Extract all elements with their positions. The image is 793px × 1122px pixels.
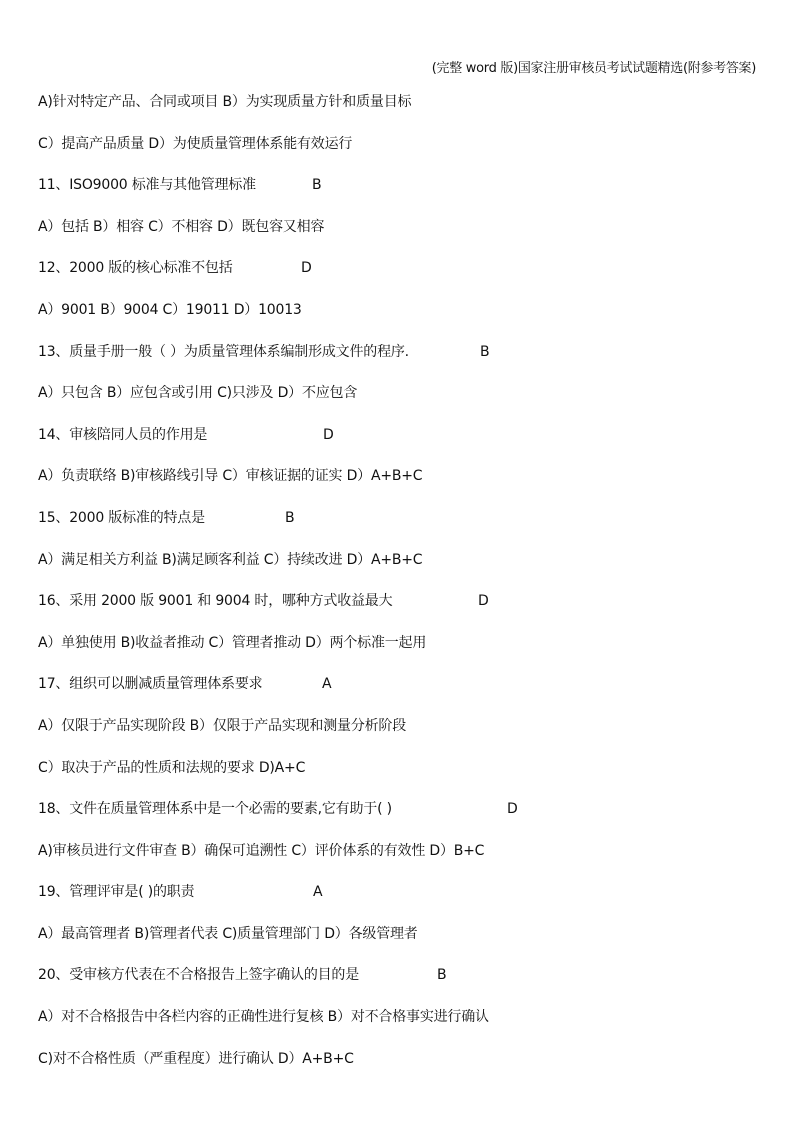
- option-line: A）只包含 B）应包含或引用 C)只涉及 D）不应包含: [38, 383, 768, 425]
- line-text: A）对不合格报告中各栏内容的正确性进行复核 B）对不合格事实进行确认: [38, 1009, 489, 1025]
- question-text: 18、文件在质量管理体系中是一个必需的要素,它有助于( ): [38, 801, 392, 817]
- line-text: A）满足相关方利益 B)满足顾客利益 C）持续改进 D）A+B+C: [38, 552, 422, 568]
- question-text: 20、受审核方代表在不合格报告上签字确认的目的是: [38, 967, 359, 983]
- document-header: (完整 word 版)国家注册审核员考试试题精选(附参考答案): [432, 60, 756, 78]
- question-line: 11、ISO9000 标准与其他管理标准B: [38, 175, 768, 217]
- option-line: A）最高管理者 B)管理者代表 C)质量管理部门 D）各级管理者: [38, 924, 768, 966]
- answer-key: B: [285, 508, 294, 528]
- option-line: A)针对特定产品、合同或项目 B）为实现质量方针和质量目标: [38, 92, 768, 134]
- option-line: C）提高产品质量 D）为使质量管理体系能有效运行: [38, 134, 768, 176]
- answer-key: B: [437, 965, 446, 985]
- question-text: 17、组织可以删减质量管理体系要求: [38, 676, 262, 692]
- question-line: 20、受审核方代表在不合格报告上签字确认的目的是B: [38, 965, 768, 1007]
- line-text: A）单独使用 B)收益者推动 C）管理者推动 D）两个标准一起用: [38, 635, 426, 651]
- option-line: A）9001 B）9004 C）19011 D）10013: [38, 300, 768, 342]
- question-text: 16、采用 2000 版 9001 和 9004 时，哪种方式收益最大: [38, 593, 392, 609]
- option-line: C）取决于产品的性质和法规的要求 D)A+C: [38, 758, 768, 800]
- line-text: A）只包含 B）应包含或引用 C)只涉及 D）不应包含: [38, 385, 357, 401]
- question-line: 18、文件在质量管理体系中是一个必需的要素,它有助于( )D: [38, 799, 768, 841]
- question-text: 19、管理评审是( )的职责: [38, 884, 194, 900]
- question-line: 16、采用 2000 版 9001 和 9004 时，哪种方式收益最大D: [38, 591, 768, 633]
- option-line: A）单独使用 B)收益者推动 C）管理者推动 D）两个标准一起用: [38, 633, 768, 675]
- question-text: 11、ISO9000 标准与其他管理标准: [38, 177, 256, 193]
- question-line: 19、管理评审是( )的职责A: [38, 882, 768, 924]
- line-text: A）仅限于产品实现阶段 B）仅限于产品实现和测量分析阶段: [38, 718, 406, 734]
- line-text: A）9001 B）9004 C）19011 D）10013: [38, 302, 302, 318]
- question-text: 14、审核陪同人员的作用是: [38, 427, 207, 443]
- question-line: 13、质量手册一般（ ）为质量管理体系编制形成文件的程序.B: [38, 342, 768, 384]
- question-line: 15、2000 版标准的特点是B: [38, 508, 768, 550]
- option-line: C)对不合格性质（严重程度）进行确认 D）A+B+C: [38, 1049, 768, 1091]
- line-text: C）提高产品质量 D）为使质量管理体系能有效运行: [38, 136, 352, 152]
- line-text: A）最高管理者 B)管理者代表 C)质量管理部门 D）各级管理者: [38, 926, 418, 942]
- line-text: A)审核员进行文件审查 B）确保可追溯性 C）评价体系的有效性 D）B+C: [38, 843, 484, 859]
- answer-key: A: [313, 882, 322, 902]
- answer-key: B: [312, 175, 321, 195]
- answer-key: D: [478, 591, 489, 611]
- question-line: 12、2000 版的核心标准不包括D: [38, 258, 768, 300]
- answer-key: D: [301, 258, 312, 278]
- answer-key: D: [507, 799, 518, 819]
- line-text: C)对不合格性质（严重程度）进行确认 D）A+B+C: [38, 1051, 354, 1067]
- question-line: 17、组织可以删减质量管理体系要求A: [38, 674, 768, 716]
- option-line: A）满足相关方利益 B)满足顾客利益 C）持续改进 D）A+B+C: [38, 550, 768, 592]
- option-line: A）仅限于产品实现阶段 B）仅限于产品实现和测量分析阶段: [38, 716, 768, 758]
- question-line: 14、审核陪同人员的作用是D: [38, 425, 768, 467]
- option-line: A）负责联络 B)审核路线引导 C）审核证据的证实 D）A+B+C: [38, 466, 768, 508]
- line-text: A）负责联络 B)审核路线引导 C）审核证据的证实 D）A+B+C: [38, 468, 422, 484]
- question-text: 15、2000 版标准的特点是: [38, 510, 205, 526]
- answer-key: D: [323, 425, 334, 445]
- line-text: A)针对特定产品、合同或项目 B）为实现质量方针和质量目标: [38, 94, 411, 110]
- answer-key: A: [322, 674, 331, 694]
- line-text: A）包括 B）相容 C）不相容 D）既包容又相容: [38, 219, 324, 235]
- line-text: C）取决于产品的性质和法规的要求 D)A+C: [38, 760, 305, 776]
- question-text: 12、2000 版的核心标准不包括: [38, 260, 233, 276]
- option-line: A）对不合格报告中各栏内容的正确性进行复核 B）对不合格事实进行确认: [38, 1007, 768, 1049]
- answer-key: B: [480, 342, 489, 362]
- question-list: A)针对特定产品、合同或项目 B）为实现质量方针和质量目标 C）提高产品质量 D…: [38, 92, 768, 1090]
- option-line: A）包括 B）相容 C）不相容 D）既包容又相容: [38, 217, 768, 259]
- option-line: A)审核员进行文件审查 B）确保可追溯性 C）评价体系的有效性 D）B+C: [38, 841, 768, 883]
- question-text: 13、质量手册一般（ ）为质量管理体系编制形成文件的程序.: [38, 344, 409, 360]
